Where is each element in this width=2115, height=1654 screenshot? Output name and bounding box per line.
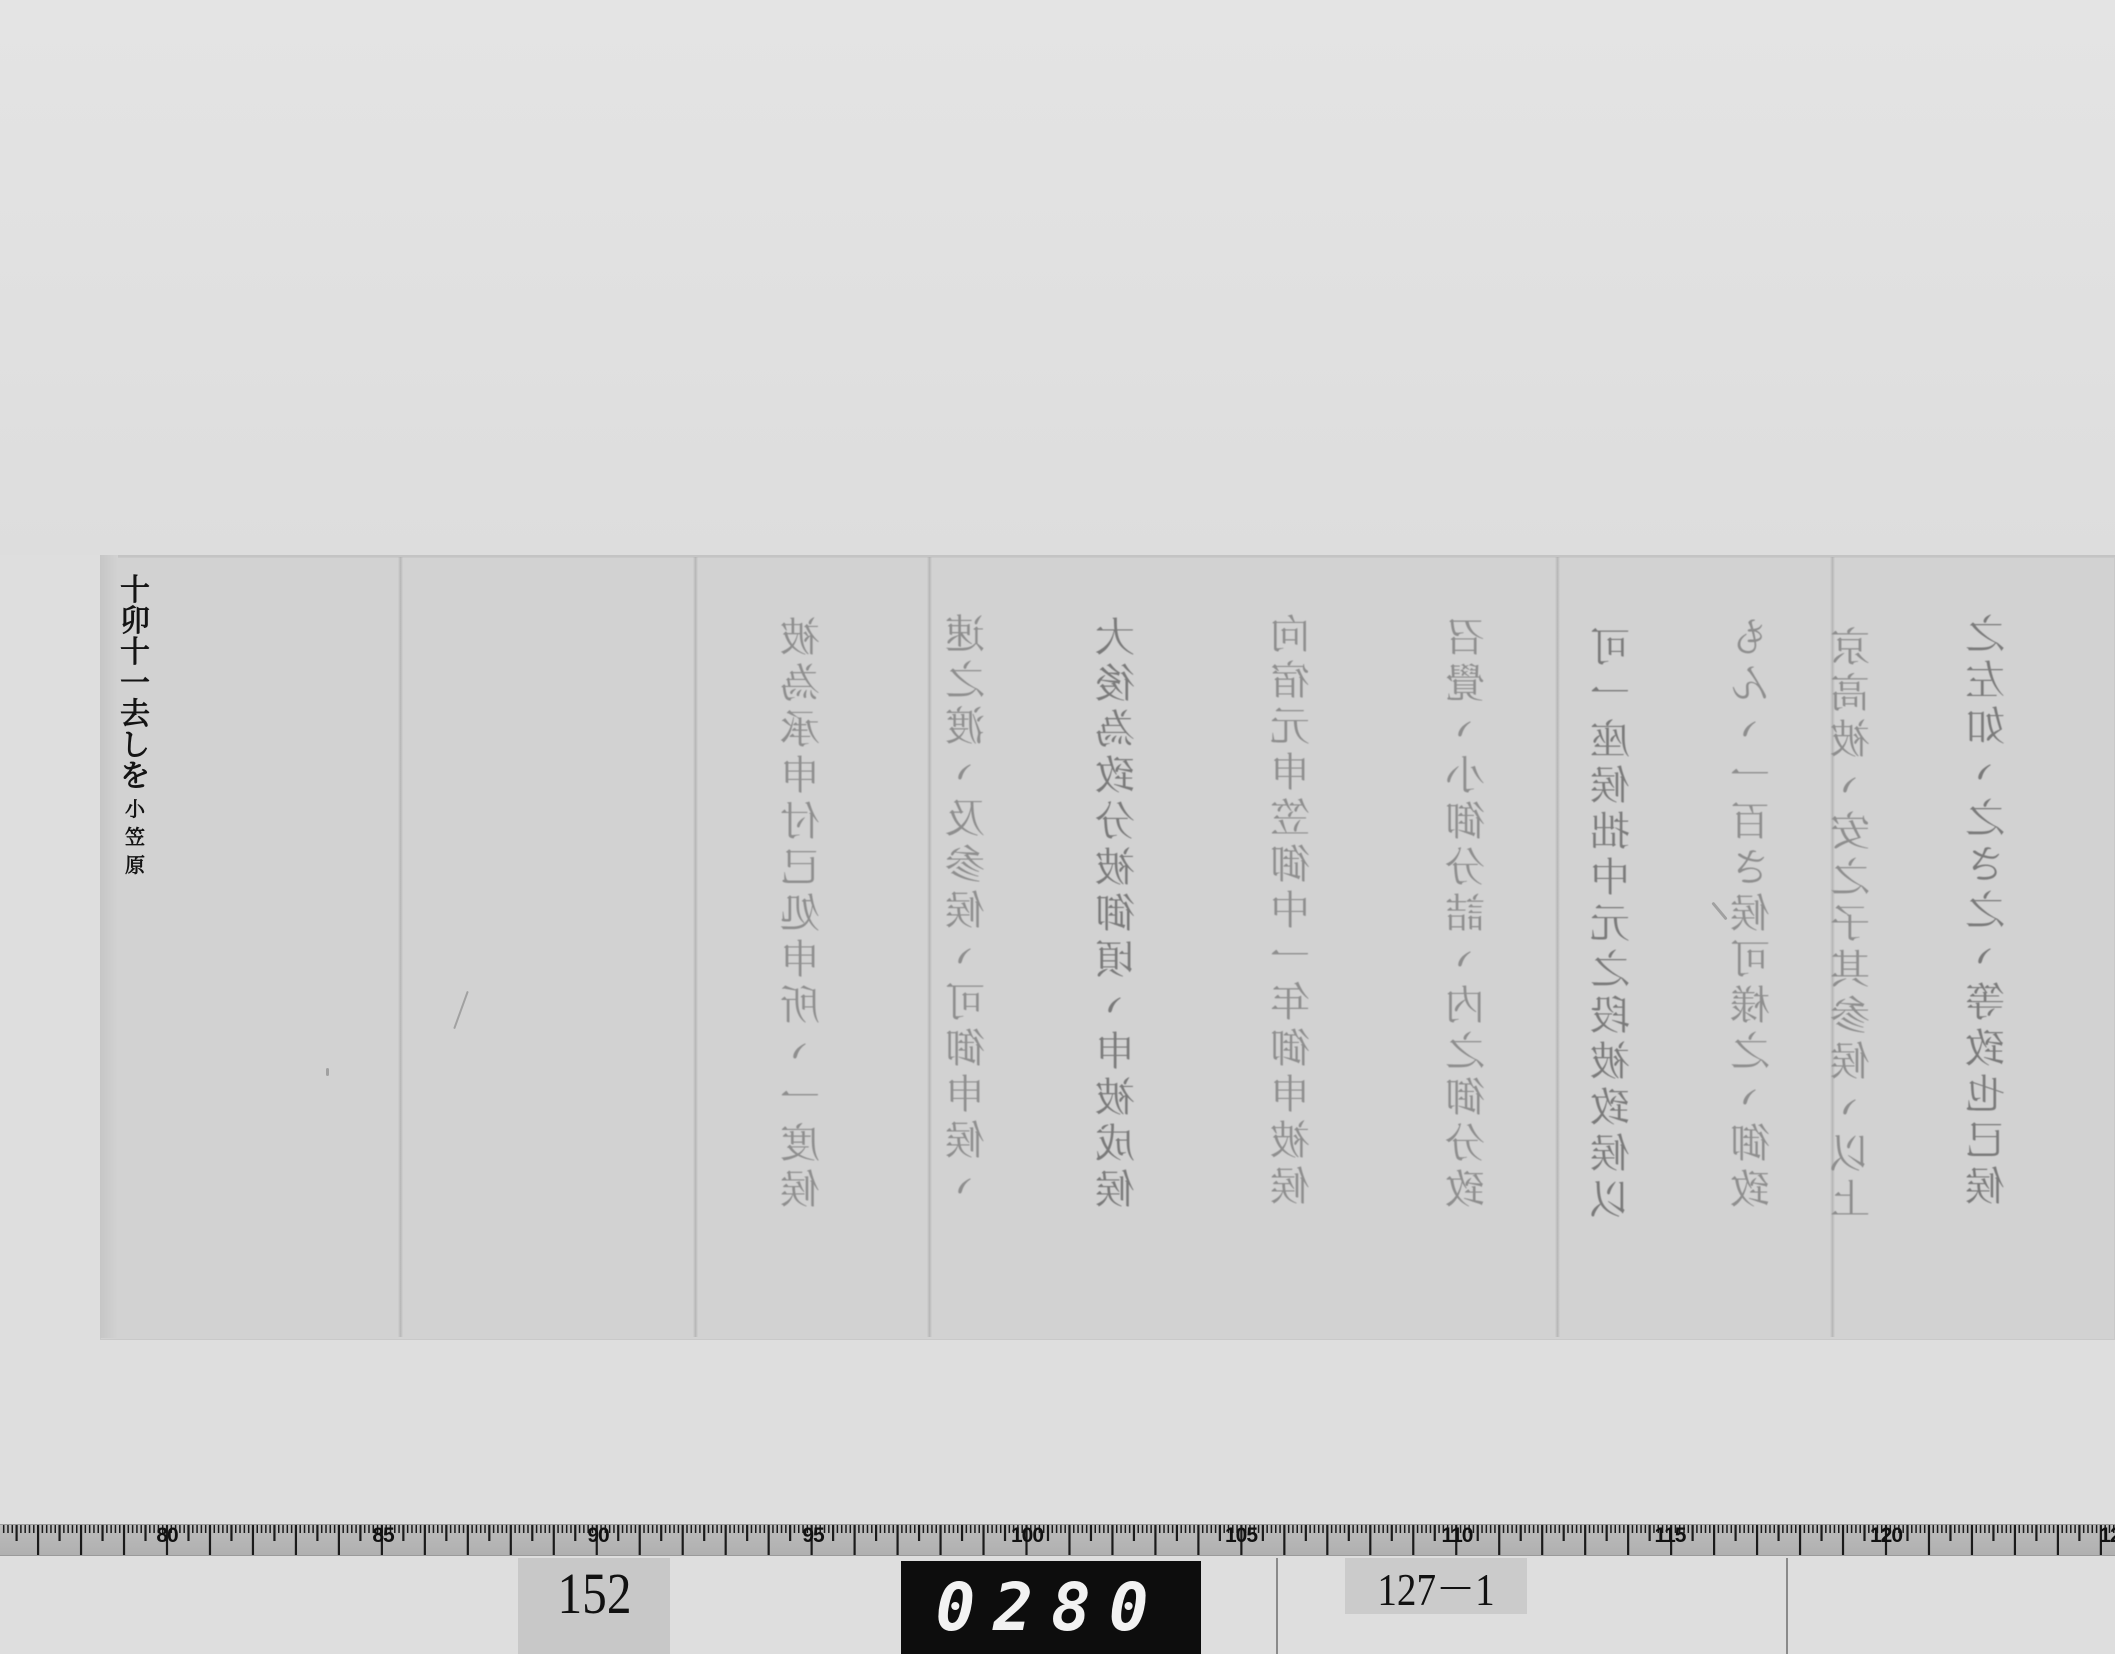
- text-glyph: 被: [1095, 845, 1135, 891]
- text-glyph: 致: [1730, 1167, 1770, 1213]
- text-glyph: 之: [1830, 855, 1870, 901]
- text-glyph: 渡: [945, 704, 985, 750]
- text-column: 被為承申付已処申所ヽ一度候: [770, 615, 830, 1213]
- text-glyph: 之: [1965, 796, 2005, 842]
- text-glyph: 被: [1095, 1075, 1135, 1121]
- text-glyph: 可: [945, 980, 985, 1026]
- text-glyph: 詰: [1445, 891, 1485, 937]
- text-glyph: 後: [1095, 661, 1135, 707]
- text-glyph: 速: [945, 612, 985, 658]
- ruler-label: 12: [2099, 1524, 2115, 1548]
- text-glyph: 召: [1445, 615, 1485, 661]
- text-glyph: 御: [1095, 891, 1135, 937]
- text-column: 大後為致分被御頃ヽ申被成候: [1085, 615, 1145, 1213]
- text-glyph: 候: [1590, 763, 1630, 809]
- text-glyph: ヽ: [1830, 763, 1870, 809]
- text-glyph: 被: [780, 615, 820, 661]
- text-glyph: 之: [945, 658, 985, 704]
- text-column: 可一座候拙中元之段被致候以: [1580, 625, 1640, 1223]
- text-glyph: 内: [1445, 983, 1485, 1029]
- text-glyph: 及: [945, 796, 985, 842]
- text-glyph: 申: [780, 937, 820, 983]
- item-number-card: 127－1: [1345, 1558, 1527, 1614]
- text-glyph: 候: [780, 1167, 820, 1213]
- ruler-label: 90: [587, 1524, 608, 1548]
- text-glyph: 座: [1590, 717, 1630, 763]
- text-column: もんヽ一百さ候可様之ヽ御致: [1720, 615, 1780, 1213]
- text-glyph: 之: [1590, 947, 1630, 993]
- text-glyph: 分: [1445, 845, 1485, 891]
- text-glyph: 御: [1445, 799, 1485, 845]
- text-glyph: 中: [1590, 855, 1630, 901]
- text-glyph: 度: [780, 1121, 820, 1167]
- text-glyph: ヽ: [1445, 937, 1485, 983]
- text-glyph: 参: [945, 842, 985, 888]
- text-glyph: 京: [1830, 625, 1870, 671]
- text-glyph: 左: [1965, 658, 2005, 704]
- text-glyph: 可: [1730, 937, 1770, 983]
- text-column: 之左如ヽ之さ之ヽ等致也已候: [1955, 612, 2015, 1210]
- text-glyph: ヽ: [1965, 750, 2005, 796]
- frame-counter: 0280: [901, 1561, 1201, 1654]
- annotation-glyph: 去: [120, 699, 150, 730]
- text-glyph: 候: [1965, 1164, 2005, 1210]
- fold-line: [693, 557, 698, 1337]
- text-glyph: 一: [780, 1075, 820, 1121]
- text-glyph: 申: [1270, 750, 1310, 796]
- text-glyph: 致: [1445, 1167, 1485, 1213]
- text-glyph: 致: [1965, 1026, 2005, 1072]
- text-glyph: 也: [1965, 1072, 2005, 1118]
- ruler-ticks: [0, 1525, 2115, 1555]
- text-glyph: 以: [1590, 1177, 1630, 1223]
- annotation-glyph: 十: [120, 637, 150, 668]
- text-glyph: 段: [1590, 993, 1630, 1039]
- reel-number: 152: [557, 1560, 631, 1654]
- item-number: 127－1: [1377, 1553, 1494, 1619]
- annotation-small-glyph: 小: [125, 798, 145, 820]
- annotation-small-glyph: 原: [125, 854, 145, 876]
- text-glyph: 申: [780, 753, 820, 799]
- text-glyph: 之: [1965, 888, 2005, 934]
- margin-annotation: 十卯十一去しを小笠原: [112, 575, 158, 876]
- text-glyph: 候: [945, 1118, 985, 1164]
- text-glyph: 御: [945, 1026, 985, 1072]
- fold-line: [927, 557, 932, 1337]
- text-glyph: 其: [1830, 947, 1870, 993]
- text-glyph: 子: [1830, 901, 1870, 947]
- text-glyph: 之: [1965, 612, 2005, 658]
- text-glyph: 御: [1445, 1075, 1485, 1121]
- text-glyph: ヽ: [1730, 707, 1770, 753]
- text-glyph: 被: [1830, 717, 1870, 763]
- text-glyph: ヽ: [780, 1029, 820, 1075]
- text-glyph: さ: [1730, 845, 1770, 891]
- text-glyph: 覺: [1445, 661, 1485, 707]
- text-glyph: ヽ: [945, 934, 985, 980]
- text-glyph: 安: [1830, 809, 1870, 855]
- text-glyph: 為: [780, 661, 820, 707]
- text-glyph: 高: [1830, 671, 1870, 717]
- text-glyph: 候: [945, 888, 985, 934]
- text-glyph: 已: [780, 845, 820, 891]
- text-glyph: 御: [1730, 1121, 1770, 1167]
- paper-blemish: [326, 1068, 329, 1076]
- text-glyph: ん: [1730, 661, 1770, 707]
- text-glyph: 拙: [1590, 809, 1630, 855]
- background-area: [0, 0, 2115, 555]
- annotation-glyph: し: [120, 730, 150, 761]
- text-column: 召覺ヽ小御分詰ヽ内之御分致: [1435, 615, 1495, 1213]
- text-glyph: 元: [1270, 704, 1310, 750]
- scale-ruler: [0, 1524, 2115, 1556]
- text-glyph: 致: [1590, 1085, 1630, 1131]
- text-glyph: も: [1730, 615, 1770, 661]
- text-glyph: 承: [780, 707, 820, 753]
- text-glyph: ヽ: [1445, 707, 1485, 753]
- text-glyph: 成: [1095, 1121, 1135, 1167]
- text-glyph: 頃: [1095, 937, 1135, 983]
- ruler-label: 115: [1655, 1524, 1686, 1548]
- text-glyph: 一: [1730, 753, 1770, 799]
- text-glyph: 百: [1730, 799, 1770, 845]
- text-glyph: 元: [1590, 901, 1630, 947]
- text-glyph: 候: [1590, 1131, 1630, 1177]
- text-glyph: 中: [1270, 888, 1310, 934]
- ruler-label: 100: [1011, 1524, 1043, 1548]
- text-glyph: 御: [1270, 842, 1310, 888]
- text-glyph: 之: [1445, 1029, 1485, 1075]
- text-glyph: 如: [1965, 704, 2005, 750]
- text-glyph: 所: [780, 983, 820, 1029]
- text-glyph: 可: [1590, 625, 1630, 671]
- ruler-label: 95: [802, 1524, 823, 1548]
- fold-line: [1555, 557, 1560, 1337]
- text-glyph: 向: [1270, 612, 1310, 658]
- text-glyph: 候: [1095, 1167, 1135, 1213]
- text-glyph: ヽ: [1830, 1085, 1870, 1131]
- text-glyph: 以: [1830, 1131, 1870, 1177]
- annotation-glyph: 卯: [120, 606, 150, 637]
- text-glyph: 参: [1830, 993, 1870, 1039]
- text-glyph: ヽ: [945, 750, 985, 796]
- text-glyph: 笠: [1270, 796, 1310, 842]
- annotation-glyph: 一: [120, 668, 150, 699]
- text-glyph: 之: [1730, 1029, 1770, 1075]
- text-glyph: 一: [1270, 934, 1310, 980]
- text-glyph: 処: [780, 891, 820, 937]
- fold-line: [398, 557, 403, 1337]
- ruler-label: 120: [1870, 1524, 1902, 1548]
- text-glyph: 致: [1095, 753, 1135, 799]
- text-glyph: 候: [1830, 1039, 1870, 1085]
- text-glyph: 御: [1270, 1026, 1310, 1072]
- ruler-label: 80: [156, 1524, 177, 1548]
- text-glyph: 一: [1590, 671, 1630, 717]
- text-glyph: 已: [1965, 1118, 2005, 1164]
- annotation-glyph: 十: [120, 575, 150, 606]
- annotation-small-glyph: 笠: [125, 826, 145, 848]
- text-glyph: 候: [1730, 891, 1770, 937]
- text-glyph: 大: [1095, 615, 1135, 661]
- text-column: 速之渡ヽ及参候ヽ可御申候ヽ: [935, 612, 995, 1210]
- text-glyph: 様: [1730, 983, 1770, 1029]
- text-glyph: 為: [1095, 707, 1135, 753]
- text-glyph: 上: [1830, 1177, 1870, 1223]
- text-column: 京高被ヽ安之子其参候ヽ以上: [1820, 625, 1880, 1223]
- text-glyph: 等: [1965, 980, 2005, 1026]
- text-glyph: 被: [1590, 1039, 1630, 1085]
- text-glyph: 候: [1270, 1164, 1310, 1210]
- text-glyph: 被: [1270, 1118, 1310, 1164]
- text-glyph: ヽ: [1965, 934, 2005, 980]
- text-glyph: 宿: [1270, 658, 1310, 704]
- ruler-label: 110: [1442, 1524, 1473, 1548]
- text-glyph: さ: [1965, 842, 2005, 888]
- text-glyph: 年: [1270, 980, 1310, 1026]
- reel-number-card: 152: [518, 1558, 670, 1654]
- ruler-label: 85: [372, 1524, 393, 1548]
- text-glyph: ヽ: [945, 1164, 985, 1210]
- text-glyph: 付: [780, 799, 820, 845]
- ruler-label: 105: [1225, 1524, 1257, 1548]
- frame-counter-digits: 0280: [936, 1569, 1167, 1646]
- divider-line: [1786, 1558, 1788, 1654]
- text-glyph: 小: [1445, 753, 1485, 799]
- text-column: 向宿元申笠御中一年御申被候: [1260, 612, 1320, 1210]
- text-glyph: 申: [1270, 1072, 1310, 1118]
- annotation-glyph: を: [120, 761, 150, 792]
- text-glyph: ヽ: [1095, 983, 1135, 1029]
- text-glyph: 申: [945, 1072, 985, 1118]
- text-glyph: 分: [1445, 1121, 1485, 1167]
- text-glyph: 分: [1095, 799, 1135, 845]
- divider-line: [1276, 1558, 1278, 1654]
- text-glyph: ヽ: [1730, 1075, 1770, 1121]
- text-glyph: 申: [1095, 1029, 1135, 1075]
